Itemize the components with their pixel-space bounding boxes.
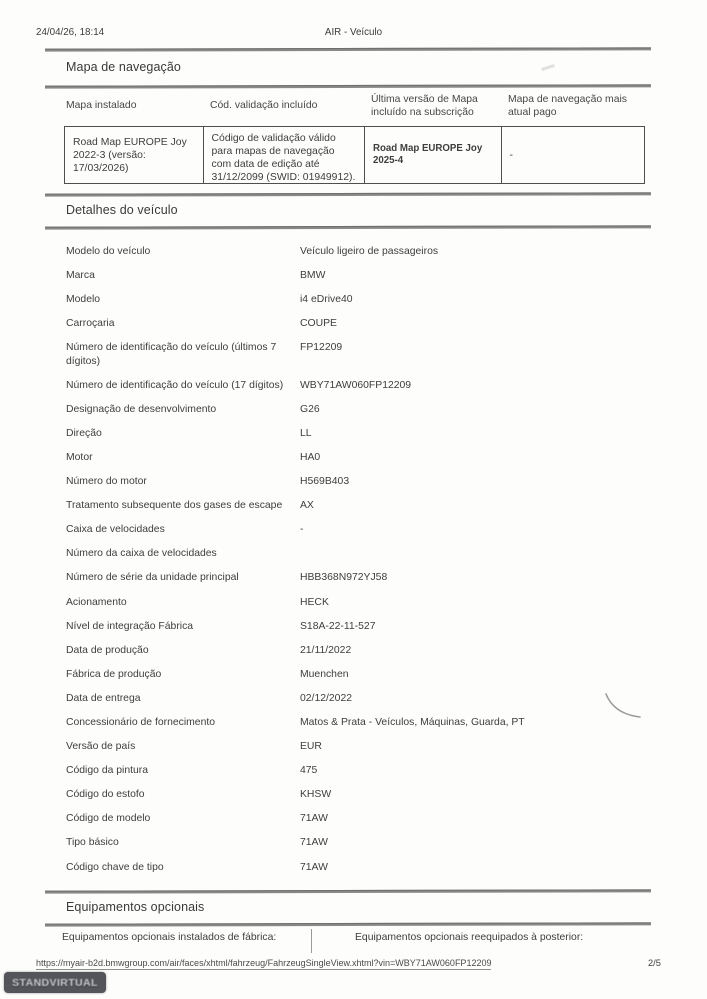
header-title: AIR - Veículo [0,27,707,38]
equipment-retrofit-column-label: Equipamentos opcionais reequipados à pos… [355,932,583,943]
detail-value: FP12209 [300,341,648,354]
detail-label: Código do estofo [66,788,300,801]
detail-row: Data de entrega02/12/2022 [66,692,648,705]
page-indicator: 2/5 [648,958,661,968]
detail-row: Modelo do veículoVeículo ligeiro de pass… [66,245,648,258]
watermark-badge: STANDVIRTUAL [4,972,106,993]
detail-value: S18A-22-11-527 [300,620,648,633]
section-divider [45,889,651,893]
detail-value: H569B403 [300,475,648,488]
table-cell-validation-code: Código de validação válido para mapas de… [204,127,365,183]
detail-value: AX [300,499,648,512]
vehicle-details-section-title: Detalhes do veículo [66,203,178,217]
detail-row: CarroçariaCOUPE [66,317,648,330]
detail-row: Fábrica de produçãoMuenchen [66,668,648,681]
detail-label: Designação de desenvolvimento [66,403,300,416]
detail-value: 02/12/2022 [300,692,648,705]
nav-map-table-header-row: Mapa instalado Cód. validação incluído Ú… [0,92,707,126]
detail-value: 475 [300,764,648,777]
detail-label: Acionamento [66,596,300,609]
detail-row: MarcaBMW [66,269,648,282]
table-cell-latest-subscription-map: Road Map EUROPE Joy 2025-4 [365,127,502,183]
optional-equipment-section-title: Equipamentos opcionais [66,900,204,914]
detail-row: MotorHA0 [66,451,648,464]
detail-value: 21/11/2022 [300,644,648,657]
detail-value: G26 [300,403,648,416]
table-cell-latest-paid-map: - [502,127,645,183]
detail-label: Código da pintura [66,764,300,777]
detail-label: Marca [66,269,300,282]
detail-label: Concessionário de fornecimento [66,716,300,729]
detail-label: Modelo [66,293,300,306]
table-cell-map-installed: Road Map EUROPE Joy 2022-3 (versão: 17/0… [65,127,204,183]
detail-label: Caixa de velocidades [66,523,300,536]
watermark-text: STANDVIRTUAL [12,977,98,989]
detail-label: Tipo básico [66,836,300,849]
detail-row: Número de série da unidade principalHBB3… [66,571,648,584]
table-header-map-installed: Mapa instalado [66,100,196,113]
detail-row: Data de produção21/11/2022 [66,644,648,657]
detail-value: HA0 [300,451,648,464]
detail-row: Código de modelo71AW [66,812,648,825]
detail-value: HBB368N972YJ58 [300,571,648,584]
detail-label: Versão de país [66,740,300,753]
nav-map-section-title: Mapa de navegação [66,60,181,74]
nav-map-table: Road Map EUROPE Joy 2022-3 (versão: 17/0… [64,126,645,184]
detail-label: Nível de integração Fábrica [66,620,300,633]
detail-value: HECK [300,596,648,609]
detail-value: 71AW [300,836,648,849]
detail-label: Direção [66,427,300,440]
section-divider [45,84,651,88]
detail-row: Número da caixa de velocidades [66,547,648,560]
detail-row: Concessionário de fornecimentoMatos & Pr… [66,716,648,729]
table-header-validation-code: Cód. validação incluído [210,100,360,113]
detail-value: i4 eDrive40 [300,293,648,306]
detail-value: LL [300,427,648,440]
detail-row: Nível de integração FábricaS18A-22-11-52… [66,620,648,633]
table-header-latest-paid-map: Mapa de navegação mais atual pago [508,94,636,119]
detail-label: Data de entrega [66,692,300,705]
detail-value: Matos & Prata - Veículos, Máquinas, Guar… [300,716,648,729]
detail-label: Modelo do veículo [66,245,300,258]
detail-row: Código chave de tipo71AW [66,861,648,874]
detail-label: Número do motor [66,475,300,488]
detail-row: Código do estofoKHSW [66,788,648,801]
detail-value: Veículo ligeiro de passageiros [300,245,648,258]
detail-row: Código da pintura475 [66,764,648,777]
detail-row: Caixa de velocidades- [66,523,648,536]
detail-label: Número de identificação do veículo (17 d… [66,379,300,392]
section-divider [45,225,651,229]
document-page: 24/04/26, 18:14 AIR - Veículo Mapa de na… [0,0,707,999]
detail-row: Número de identificação do veículo (17 d… [66,379,648,392]
detail-label: Fábrica de produção [66,668,300,681]
detail-label: Tratamento subsequente dos gases de esca… [66,499,300,512]
detail-row: Número do motorH569B403 [66,475,648,488]
detail-value: 71AW [300,861,648,874]
table-header-latest-subscription-map: Última versão de Mapa incluído na subscr… [371,94,496,119]
footer-url: https://myair-b2d.bmwgroup.com/air/faces… [36,958,491,970]
detail-row: Modeloi4 eDrive40 [66,293,648,306]
equipment-factory-column-label: Equipamentos opcionais instalados de fáb… [62,932,276,943]
detail-value: BMW [300,269,648,282]
detail-label: Código de modelo [66,812,300,825]
scan-artifact-curve [598,686,646,724]
detail-row: AcionamentoHECK [66,596,648,609]
scan-artifact-smudge [541,64,555,71]
detail-row: Tipo básico71AW [66,836,648,849]
vehicle-details-list: Modelo do veículoVeículo ligeiro de pass… [66,245,648,885]
detail-label: Motor [66,451,300,464]
detail-label: Número da caixa de velocidades [66,547,300,560]
detail-label: Número de série da unidade principal [66,571,300,584]
detail-value: 71AW [300,812,648,825]
detail-value: KHSW [300,788,648,801]
header-divider [45,47,651,51]
detail-label: Carroçaria [66,317,300,330]
detail-row: DireçãoLL [66,427,648,440]
detail-row: Designação de desenvolvimentoG26 [66,403,648,416]
equipment-column-divider [311,929,312,953]
section-divider [45,192,651,196]
detail-value: COUPE [300,317,648,330]
detail-value: WBY71AW060FP12209 [300,379,648,392]
section-divider [45,922,651,926]
detail-label: Número de identificação do veículo (últi… [66,341,300,367]
detail-row: Tratamento subsequente dos gases de esca… [66,499,648,512]
detail-row: Número de identificação do veículo (últi… [66,341,648,367]
detail-value: Muenchen [300,668,648,681]
detail-value: EUR [300,740,648,753]
detail-label: Data de produção [66,644,300,657]
detail-label: Código chave de tipo [66,861,300,874]
detail-value: - [300,523,648,536]
detail-row: Versão de paísEUR [66,740,648,753]
